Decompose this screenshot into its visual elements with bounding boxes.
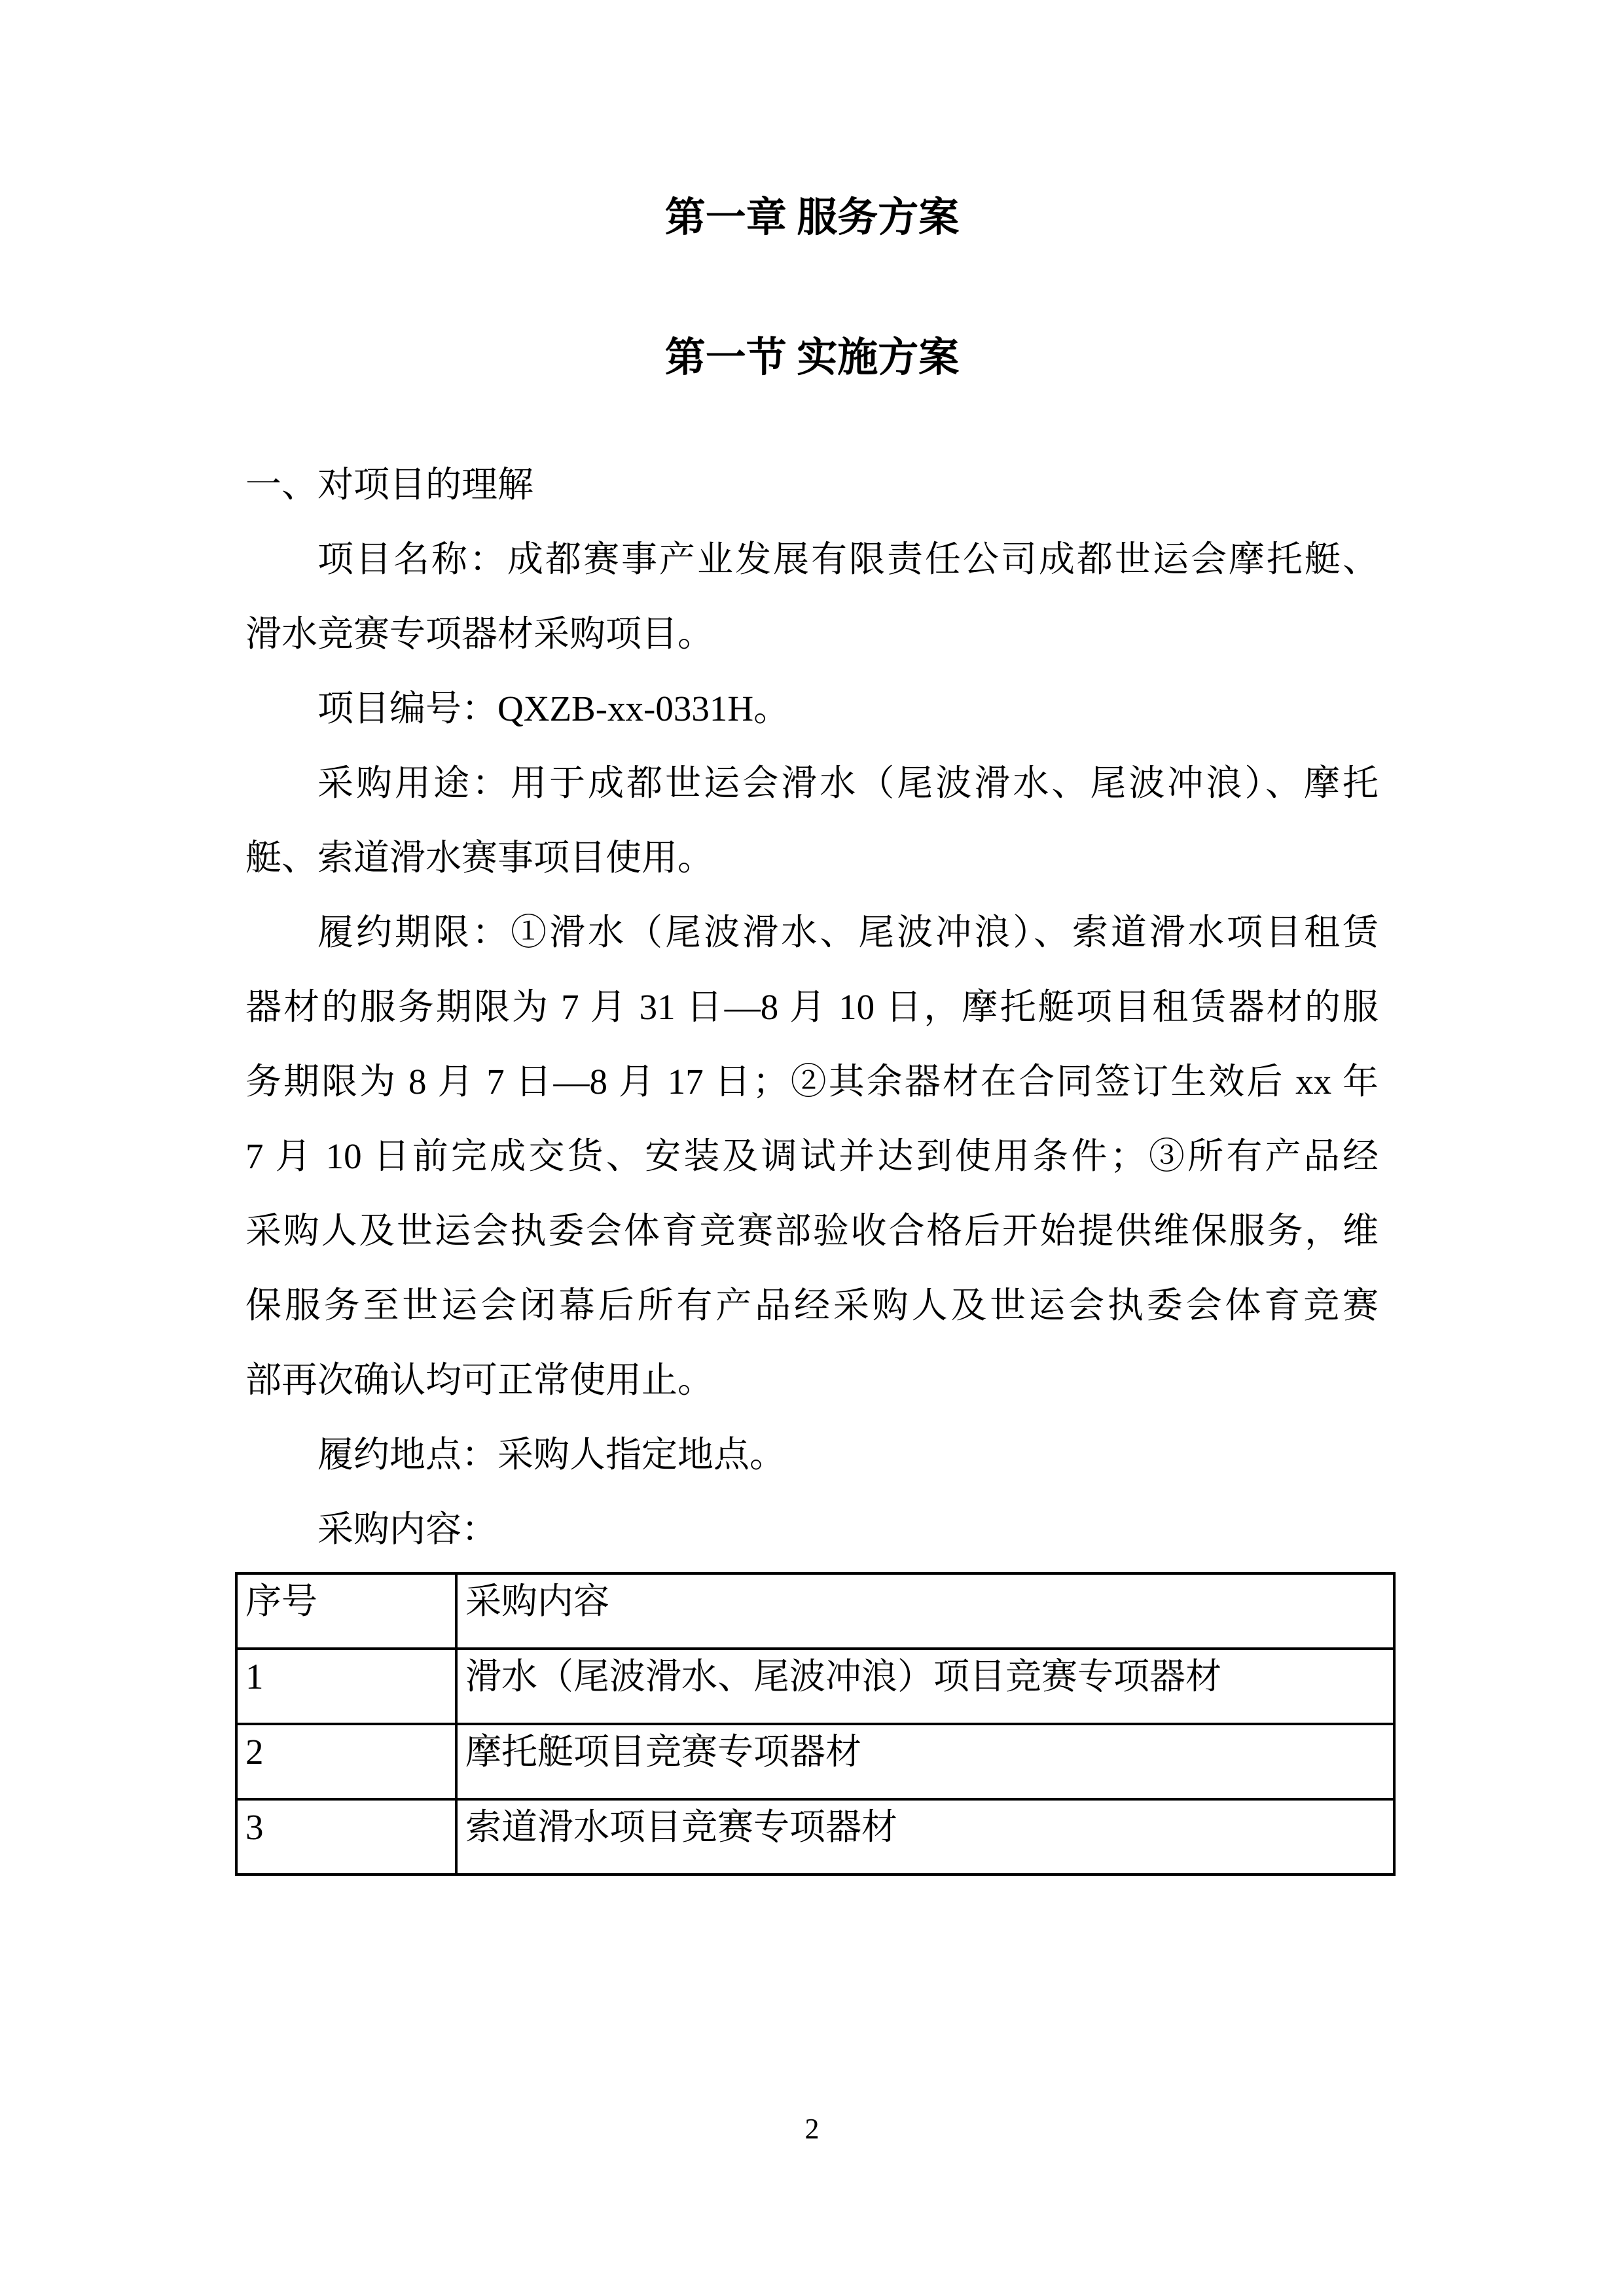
table-cell: 2 <box>236 1724 456 1799</box>
body-line: 7 月 10 日前完成交货、安装及调试并达到使用条件；③所有产品经 <box>245 1119 1379 1194</box>
section-heading: 第一节 实施方案 <box>245 335 1379 381</box>
body-line: 一、对项目的理解 <box>245 448 1379 522</box>
table-header-cell: 序号 <box>236 1573 456 1649</box>
table-cell: 3 <box>236 1799 456 1874</box>
document-page: 第一章 服务方案 第一节 实施方案 一、对项目的理解 项目名称：成都赛事产业发展… <box>0 0 1624 2296</box>
body-text: 一、对项目的理解 项目名称：成都赛事产业发展有限责任公司成都世运会摩托艇、 滑水… <box>245 448 1379 1567</box>
table-cell: 滑水（尾波滑水、尾波冲浪）项目竞赛专项器材 <box>456 1649 1394 1724</box>
table-header-row: 序号 采购内容 <box>236 1573 1394 1649</box>
body-line: 履约期限：①滑水（尾波滑水、尾波冲浪）、索道滑水项目租赁 <box>245 895 1379 970</box>
body-line: 器材的服务期限为 7 月 31 日—8 月 10 日，摩托艇项目租赁器材的服 <box>245 970 1379 1045</box>
body-line: 采购人及世运会执委会体育竞赛部验收合格后开始提供维保服务，维 <box>245 1194 1379 1268</box>
body-line: 艇、索道滑水赛事项目使用。 <box>245 821 1379 895</box>
chapter-heading: 第一章 服务方案 <box>245 195 1379 241</box>
body-line: 履约地点：采购人指定地点。 <box>245 1418 1379 1492</box>
body-line: 部再次确认均可正常使用止。 <box>245 1343 1379 1418</box>
table-row: 2 摩托艇项目竞赛专项器材 <box>236 1724 1394 1799</box>
body-line: 滑水竞赛专项器材采购项目。 <box>245 597 1379 672</box>
body-line: 采购内容： <box>245 1492 1379 1567</box>
table-row: 1 滑水（尾波滑水、尾波冲浪）项目竞赛专项器材 <box>236 1649 1394 1724</box>
table-cell: 摩托艇项目竞赛专项器材 <box>456 1724 1394 1799</box>
body-line: 采购用途：用于成都世运会滑水（尾波滑水、尾波冲浪）、摩托 <box>245 746 1379 821</box>
body-line: 项目编号：QXZB-xx-0331H。 <box>245 672 1379 746</box>
table-cell: 1 <box>236 1649 456 1724</box>
body-line: 务期限为 8 月 7 日—8 月 17 日；②其余器材在合同签订生效后 xx 年 <box>245 1045 1379 1119</box>
table-header-cell: 采购内容 <box>456 1573 1394 1649</box>
body-line: 项目名称：成都赛事产业发展有限责任公司成都世运会摩托艇、 <box>245 522 1379 597</box>
page-number: 2 <box>0 2113 1624 2145</box>
body-line: 保服务至世运会闭幕后所有产品经采购人及世运会执委会体育竞赛 <box>245 1268 1379 1343</box>
table-cell: 索道滑水项目竞赛专项器材 <box>456 1799 1394 1874</box>
table-row: 3 索道滑水项目竞赛专项器材 <box>236 1799 1394 1874</box>
procurement-table: 序号 采购内容 1 滑水（尾波滑水、尾波冲浪）项目竞赛专项器材 2 摩托艇项目竞… <box>235 1572 1396 1876</box>
